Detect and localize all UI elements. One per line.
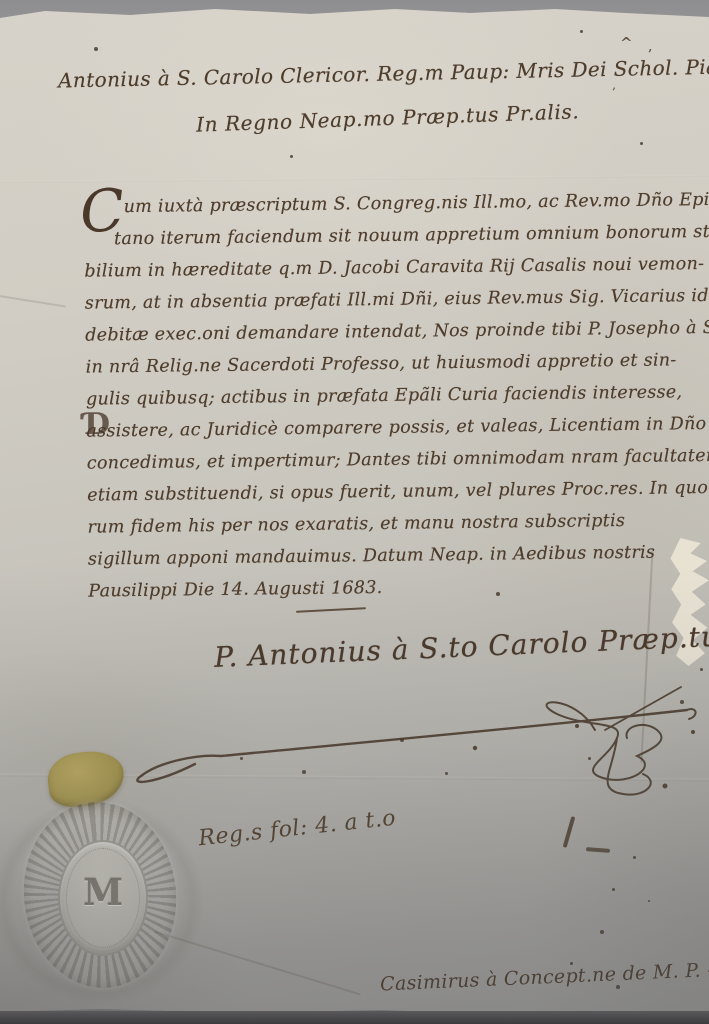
ink-speck — [570, 962, 573, 965]
ink-speck — [290, 155, 293, 158]
ink-speck: ’ — [648, 48, 652, 60]
ink-speck — [616, 985, 620, 989]
ink-speck — [445, 772, 448, 775]
ink-speck — [400, 738, 404, 742]
ink-speck: Ɗ — [84, 410, 110, 440]
ink-speck — [302, 770, 306, 774]
ink-speck — [580, 30, 583, 33]
ink-speck — [640, 142, 643, 145]
ink-speck: ^ — [620, 36, 633, 51]
photo-bottom-edge — [0, 1011, 709, 1024]
body-text: um iuxtà præscriptum S. Congreg.nis Ill.… — [83, 184, 674, 607]
photographed-manuscript: Antonius à S. Carolo Clericor. Reg.m Pau… — [0, 0, 709, 1024]
ink-speck — [496, 592, 500, 596]
ink-speck — [612, 888, 615, 891]
seal-monogram: M — [60, 872, 146, 914]
ink-speck — [588, 757, 591, 760]
seal-center: M — [58, 840, 148, 956]
ink-speck — [700, 668, 703, 671]
ink-speck — [94, 47, 98, 51]
ink-speck: ʼ — [612, 88, 615, 98]
ink-speck — [240, 757, 243, 760]
ink-speck — [633, 856, 636, 859]
ink-speck — [600, 930, 604, 934]
embossed-seal: M — [0, 782, 222, 1018]
ink-speck — [648, 900, 650, 902]
ink-speck — [680, 700, 684, 704]
